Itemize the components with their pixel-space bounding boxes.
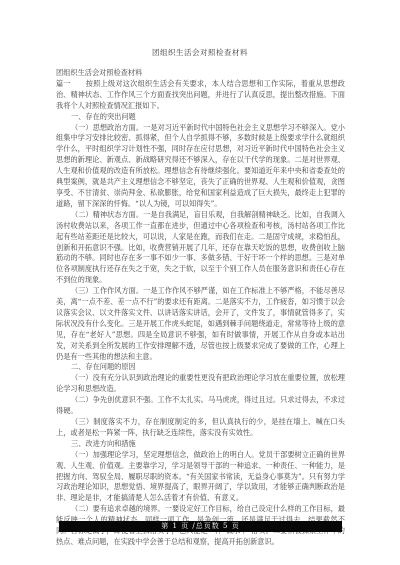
paragraph: （一）加强理论学习，坚定理想信念，做政治上的明白人。党员干部要树立正确的世界观、… — [56, 450, 345, 505]
document-body: 团组织生活会对照检查材料篇一 按照上级对这次组织生活会有关要求，本人结合思想和工… — [56, 68, 345, 548]
document-title: 团组织生活会对照检查材料 — [0, 47, 400, 58]
paragraph: （三）制度落实不力，存在制度制定的多，但认真执行的少，是挂在墙上、喊在口头上，或… — [56, 417, 345, 439]
page-number-label: 第 1 页 /总页数 5 页 — [161, 522, 239, 530]
paragraph: 二、存在问题的原因 — [56, 362, 345, 373]
paragraph: 一、存在的突出问题 — [56, 112, 345, 123]
paragraph: （三）工作作风方面。一是工作作风不够严谨，如在工作标准上不够严格，不能尽善尽美，… — [56, 286, 345, 362]
paragraph: （一）思想政治方面。一是对习近平新时代中国特色社会主义思想学习不够深入。党小组集… — [56, 123, 345, 210]
paragraph: 团组织生活会对照检查材料 — [56, 68, 345, 79]
paragraph: （一）没有充分认识到政治理论的重要性更没有把政治理论学习放在重要位置，放松理论学… — [56, 373, 345, 395]
paragraph: （二）精神状态方面。一是自我满足，盲目乐观，自我解剖精神缺乏。比如，自我调入汤村… — [56, 210, 345, 286]
paragraph: 三、改进方向和措施 — [56, 439, 345, 450]
paragraph: （二）争先创优意识不强。工作不太扎实。马马虎虎，得过且过。只求过得去，不求过得硬… — [56, 395, 345, 417]
document-page: 团组织生活会对照检查材料 团组织生活会对照检查材料篇一 按照上级对这次组织生活会… — [0, 0, 400, 565]
page-footer-bar: 第 1 页 /总页数 5 页 — [59, 521, 342, 532]
paragraph: 篇一 按照上级对这次组织生活会有关要求，本人结合思想和工作实际，着重从思想政治、… — [56, 79, 345, 112]
